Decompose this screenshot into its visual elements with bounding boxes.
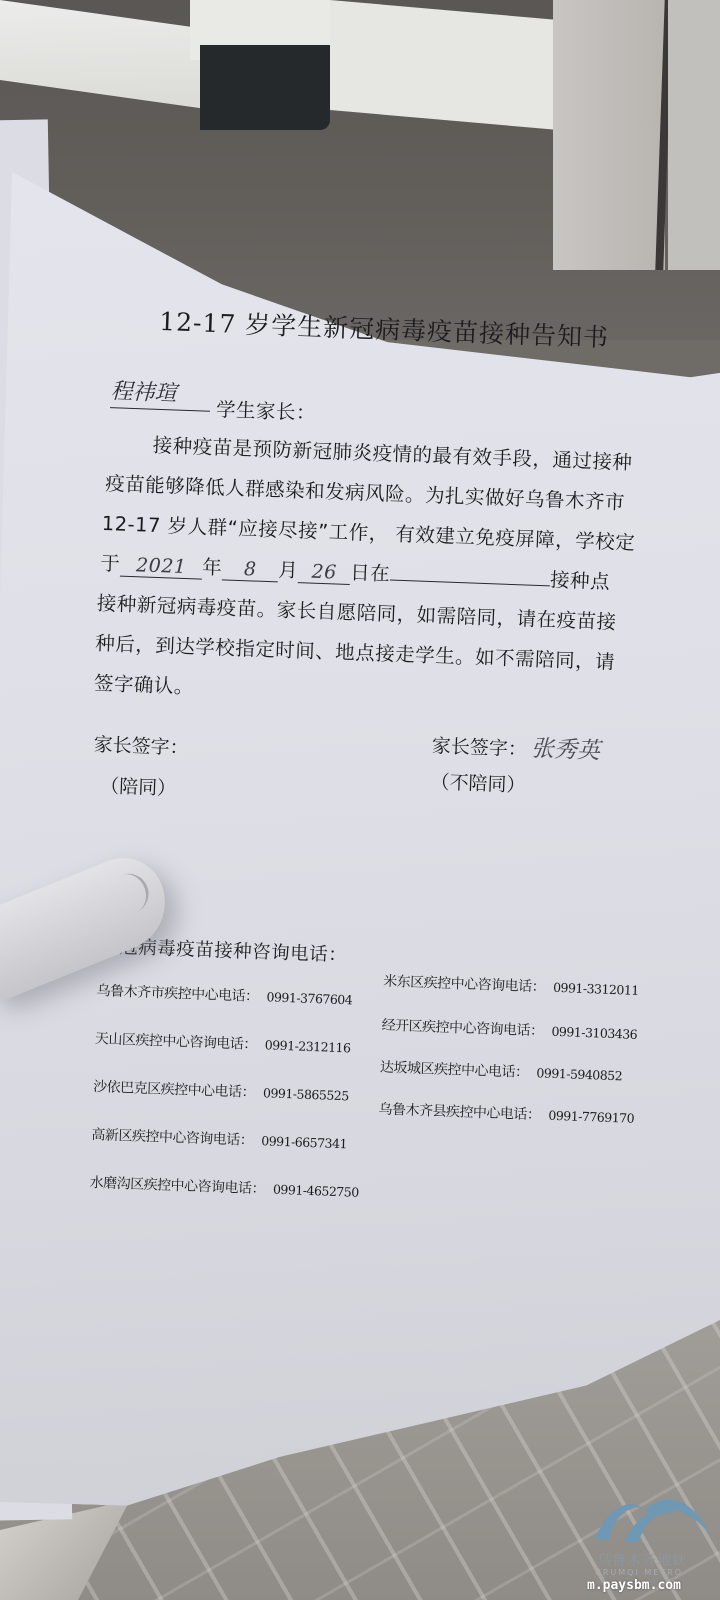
title-age-range: 12-17 <box>159 307 237 339</box>
day-field: 26 <box>298 560 351 585</box>
accompany-label: （陪同） <box>100 771 188 801</box>
date-suffix: 接种点 <box>550 568 611 593</box>
day-label: 日在 <box>350 561 391 585</box>
cabinet-base <box>200 45 330 130</box>
parent-signature-handwritten: 张秀英 <box>530 736 600 765</box>
contact-phone: 0991-2312116 <box>265 1037 351 1055</box>
month-field: 8 <box>222 557 279 582</box>
contact-phone: 0991-3103436 <box>551 1024 637 1042</box>
metro-logo-icon <box>585 1490 715 1550</box>
body-line-6: 签字确认。 <box>93 668 194 700</box>
year-field: 2021 <box>120 554 203 580</box>
salutation: 学生家长： <box>216 394 317 426</box>
contact-phone: 0991-6657341 <box>261 1133 347 1151</box>
contact-phone: 0991-4652750 <box>273 1182 359 1200</box>
date-prefix: 于 <box>100 552 121 576</box>
student-name-handwritten: 程祎瑄 <box>110 379 177 406</box>
watermark-name-cn: 乌鲁木齐地铁 <box>597 1550 687 1570</box>
contact-phone: 0991-7769170 <box>548 1108 634 1126</box>
location-field <box>390 580 550 587</box>
watermark-name-en: URUMQI METRO <box>595 1568 683 1577</box>
fingernail <box>118 868 154 914</box>
pillar-right <box>668 0 720 270</box>
watermark-url: m.paysbm.com <box>587 1578 681 1593</box>
signature-label-accompany: 家长签字： <box>93 730 189 760</box>
pillar <box>553 0 665 270</box>
wall-panel <box>330 0 560 130</box>
signature-accompany: 家长签字： （陪同） <box>92 730 189 801</box>
paper-sheet <box>0 172 720 1523</box>
contact-phone: 0991-3767604 <box>266 989 352 1007</box>
month-label: 月 <box>278 558 299 582</box>
year-label: 年 <box>202 556 223 580</box>
contact-phone: 0991-5865525 <box>263 1085 349 1103</box>
contact-phone: 0991-3312011 <box>553 980 639 998</box>
contact-phone: 0991-5940852 <box>536 1065 622 1083</box>
signature-not-accompany: 家长签字：张秀英 （不陪同） <box>430 726 600 800</box>
photo-scene: 12-17 岁学生新冠病毒疫苗接种告知书 程祎瑄 学生家长： 接种疫苗是预防新冠… <box>0 0 720 1600</box>
signature-label-not-accompany: 家长签字： <box>431 735 527 760</box>
student-name-field: 程祎瑄 <box>110 374 211 412</box>
watermark: 乌鲁木齐地铁 URUMQI METRO m.paysbm.com <box>575 1490 720 1600</box>
